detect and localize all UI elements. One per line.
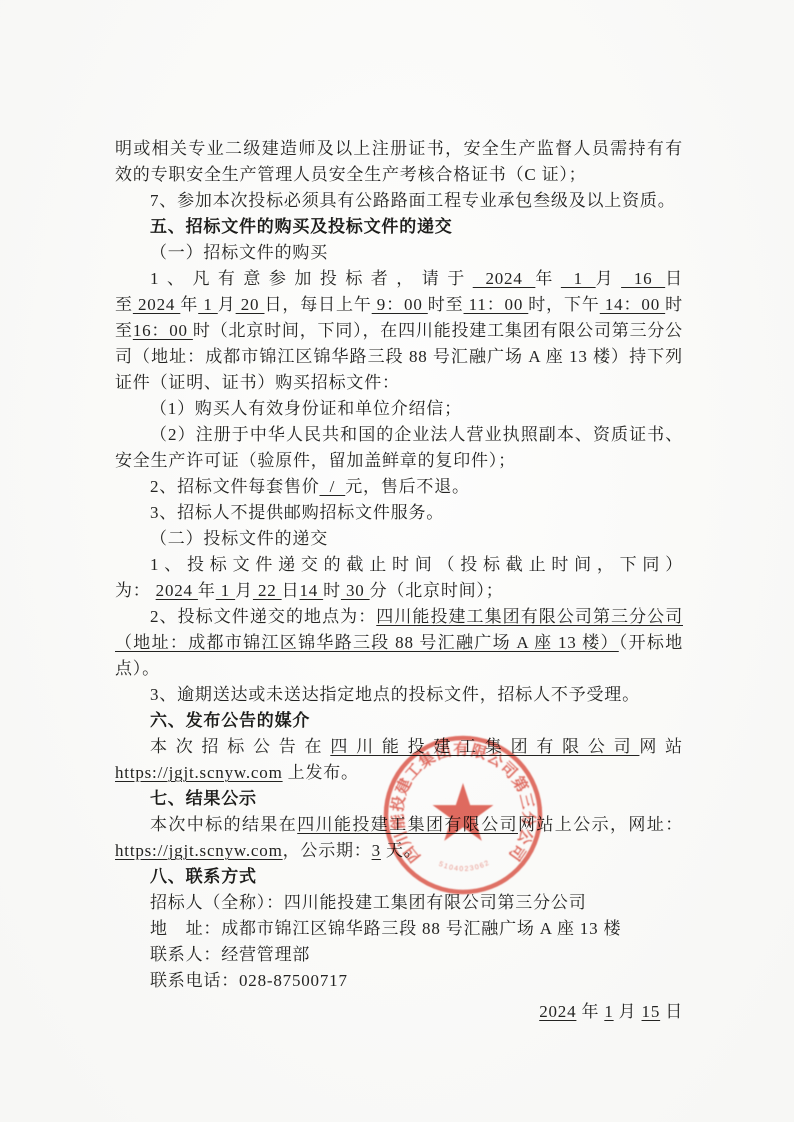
paragraph: 3、招标人不提供邮购招标文件服务。 [115,500,683,526]
text-segment: 年 [576,1002,604,1021]
text-segment: 月 [614,1002,642,1021]
text-segment: （2）注册于中华人民共和国的企业法人营业执照副本、资质证书、安全生产许可证（验原… [115,425,683,470]
paragraph: 本次中标的结果在四川能投建工集团有限公司网站上公示，网址：https://jgj… [115,812,683,864]
paragraph: 2、投标文件递交的地点为：四川能投建工集团有限公司第三分公司（地址：成都市锦江区… [115,604,683,682]
text-segment: 1、凡有意参加投标者，请于 [150,269,473,288]
text-segment: （二）投标文件的递交 [150,529,328,548]
section-heading: 七、结果公示 [115,786,683,812]
text-segment: 时，下午 [528,295,599,314]
text-segment: 日 [282,581,300,600]
paragraph: 招标人（全称）：四川能投建工集团有限公司第三分公司 [115,890,683,916]
text-segment: 时（北京时间，下同），在四川能投建工集团有限公司第三分公司（地址：成都市锦江区锦… [115,321,683,392]
date-line: 2024 年 1 月 15 日 [115,999,683,1025]
section-heading: 五、招标文件的购买及投标文件的递交 [115,214,683,240]
document-body: 明或相关专业二级建造师及以上注册证书，安全生产监督人员需持有有效的专职安全生产管… [115,136,683,1025]
text-segment: 明或相关专业二级建造师及以上注册证书，安全生产监督人员需持有有效的专职安全生产管… [115,139,683,184]
underlined-text-segment: 1 [198,295,218,314]
text-segment: 本次招标公告在 [150,737,330,756]
underlined-text-segment: 1 [561,269,596,288]
text-segment: 年 [535,269,560,288]
paragraph: 7、参加本次投标必须具有公路路面工程专业承包叁级及以上资质。 [115,188,683,214]
underlined-text-segment: 30 [341,581,370,600]
text-segment: 联系电话：028-87500717 [150,971,348,990]
underlined-text-segment: 14：00 [600,295,665,314]
paragraph: （1）购买人有效身份证和单位介绍信； [115,396,683,422]
text-segment: 招标人（全称）：四川能投建工集团有限公司第三分公司 [150,893,587,912]
underlined-text-segment: 四川能投建工集团有限公司 [330,737,639,756]
text-segment: 日，每日上午 [264,295,371,314]
underlined-text-segment: https://jgjt.scnyw.com [115,841,283,860]
underlined-text-segment: 1 [216,581,235,600]
section-heading: 八、联系方式 [115,864,683,890]
text-segment: 上发布。 [283,763,359,782]
text-segment: 月 [596,269,621,288]
underlined-text-segment: 1 [604,1002,613,1021]
text-segment: 元，售后不退。 [345,477,470,496]
text-segment: 时 [323,581,341,600]
text-segment: 网站上公示，网址： [518,815,683,834]
text-segment: 天。 [381,841,422,860]
paragraph: 3、逾期送达或未送达指定地点的投标文件，招标人不予受理。 [115,682,683,708]
underlined-text-segment: 四川能投建工集团有限公司 [297,815,518,834]
paragraph: （二）投标文件的递交 [115,526,683,552]
paragraph: 1、投标文件递交的截止时间（投标截止时间，下同）为： 2024 年 1 月 22… [115,552,683,604]
text-segment: （一）招标文件的购买 [150,243,328,262]
text-segment: 年 [180,295,198,314]
underlined-text-segment: 15 [642,1002,661,1021]
paragraph: 地 址：成都市锦江区锦华路三段 88 号汇融广场 A 座 13 楼 [115,916,683,942]
underlined-text-segment: 2024 [156,581,198,600]
text-segment: 联系人：经营管理部 [150,945,310,964]
underlined-text-segment: 16 [621,269,665,288]
paragraph: 联系电话：028-87500717 [115,968,683,994]
text-segment: 2、招标文件每套售价 [150,477,320,496]
underlined-text-segment: / [320,477,346,496]
text-segment: 五、招标文件的购买及投标文件的递交 [150,217,453,236]
text-segment: 分（北京时间）； [370,581,504,600]
text-segment: 日 [660,1002,683,1021]
underlined-text-segment: 9：00 [372,295,428,314]
underlined-text-segment: 14 [299,581,323,600]
paragraph: 明或相关专业二级建造师及以上注册证书，安全生产监督人员需持有有效的专职安全生产管… [115,136,683,188]
text-segment: 2、投标文件递交的地点为： [150,607,376,626]
text-segment: 时至 [428,295,464,314]
text-segment: 六、发布公告的媒介 [150,711,310,730]
underlined-text-segment: 11：00 [464,295,529,314]
text-segment: 月 [235,581,253,600]
text-segment: 网站 [639,737,683,756]
section-heading: 六、发布公告的媒介 [115,708,683,734]
underlined-text-segment: 2024 [539,1002,576,1021]
paragraph: 本次招标公告在四川能投建工集团有限公司网站 https://jgjt.scnyw… [115,734,683,786]
text-segment: 年 [198,581,216,600]
text-segment: 本次中标的结果在 [150,815,297,834]
underlined-text-segment: 16：00 [133,321,193,340]
paragraph: 联系人：经营管理部 [115,942,683,968]
text-segment: 八、联系方式 [150,867,257,886]
text-segment: （1）购买人有效身份证和单位介绍信； [150,399,462,418]
text-segment: ，公示期： [283,841,372,860]
paragraph: （一）招标文件的购买 [115,240,683,266]
underlined-text-segment: 2024 [133,295,180,314]
underlined-text-segment: https://jgjt.scnyw.com [115,763,283,782]
text-segment: 七、结果公示 [150,789,257,808]
paragraph: （2）注册于中华人民共和国的企业法人营业执照副本、资质证书、安全生产许可证（验原… [115,422,683,474]
document-page: 明或相关专业二级建造师及以上注册证书，安全生产监督人员需持有有效的专职安全生产管… [0,0,794,1122]
paragraph: 2、招标文件每套售价 / 元，售后不退。 [115,474,683,500]
underlined-text-segment: 20 [236,295,265,314]
text-segment: 3、逾期送达或未送达指定地点的投标文件，招标人不予受理。 [150,685,640,704]
text-segment: 3、招标人不提供邮购招标文件服务。 [150,503,444,522]
text-segment: 7、参加本次投标必须具有公路路面工程专业承包叁级及以上资质。 [150,191,676,210]
underlined-text-segment: 2024 [473,269,536,288]
underlined-text-segment: 22 [253,581,282,600]
text-segment: 地 址：成都市锦江区锦华路三段 88 号汇融广场 A 座 13 楼 [150,919,621,938]
underlined-text-segment: 3 [372,841,381,860]
paragraph: 1、凡有意参加投标者，请于 2024 年 1 月 16 日至 2024 年 1 … [115,266,683,396]
text-segment: 月 [218,295,236,314]
